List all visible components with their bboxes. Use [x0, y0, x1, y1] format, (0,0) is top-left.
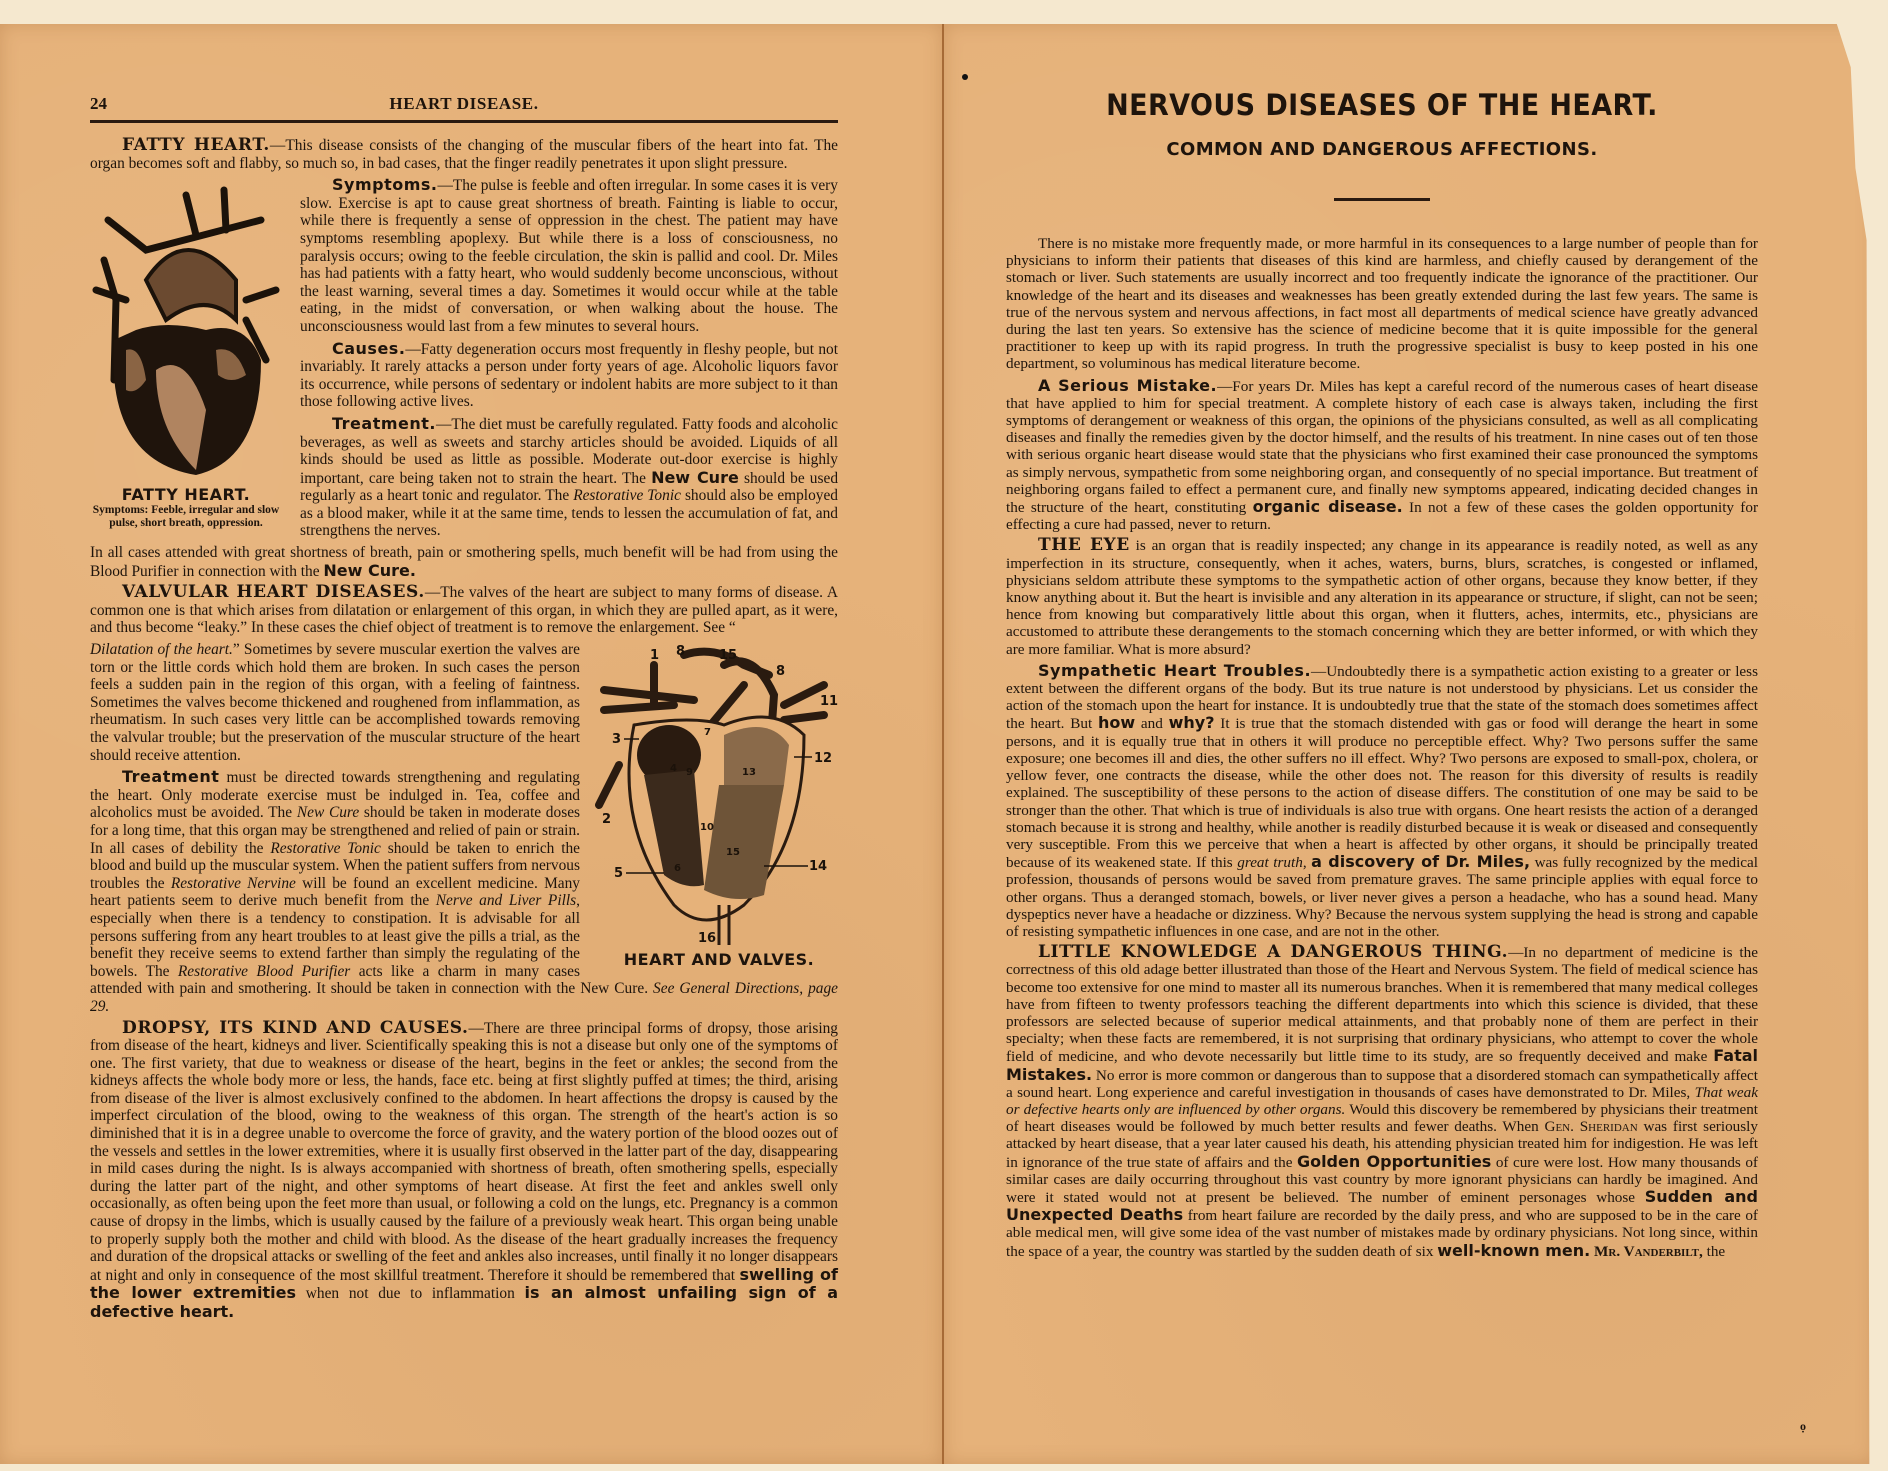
chapter-title: NERVOUS DISEASES OF THE HEART. — [1006, 88, 1758, 122]
fatty-heart-intro: FATTY HEART.—This disease consists of th… — [90, 137, 838, 172]
figure-heart-valves: 123 456 788 910 111213 141515 16 HEART A… — [594, 645, 844, 969]
svg-text:16: 16 — [698, 931, 716, 945]
svg-text:15: 15 — [719, 648, 737, 663]
little-knowledge-paragraph: LITTLE KNOWLEDGE A DANGEROUS THING.—In n… — [1006, 944, 1758, 1260]
right-page-content: NERVOUS DISEASES OF THE HEART. COMMON AN… — [1006, 84, 1758, 1264]
signature-mark: ọ — [1800, 1419, 1806, 1434]
svg-text:11: 11 — [820, 694, 838, 709]
svg-text:8: 8 — [776, 664, 785, 679]
right-page: NERVOUS DISEASES OF THE HEART. COMMON AN… — [944, 24, 1874, 1464]
section-heading-dropsy: DROPSY, ITS KIND AND CAUSES. — [122, 1018, 468, 1038]
left-page: 24 HEART DISEASE. FATTY HEART.—This dise… — [0, 24, 944, 1464]
serious-mistake-paragraph: A Serious Mistake.—For years Dr. Miles h… — [1006, 377, 1758, 534]
page-number: 24 — [90, 94, 150, 114]
running-title: HEART DISEASE. — [150, 94, 778, 114]
svg-text:9: 9 — [686, 767, 693, 778]
svg-text:8: 8 — [676, 645, 685, 659]
svg-text:1: 1 — [650, 648, 659, 663]
sympathetic-paragraph: Sympathetic Heart Troubles.—Undoubtedly … — [1006, 662, 1758, 940]
section-heading-fatty-heart: FATTY HEART. — [122, 135, 270, 155]
the-eye-paragraph: THE EYE is an organ that is readily insp… — [1006, 537, 1758, 657]
svg-text:15: 15 — [726, 847, 740, 858]
subheading-treatment: Treatment — [122, 767, 219, 786]
left-page-content: 24 HEART DISEASE. FATTY HEART.—This dise… — [90, 94, 838, 1326]
figure-subcaption: Symptoms: Feeble, irregular and slow pul… — [86, 504, 286, 529]
subheading-treatment: Treatment. — [332, 414, 436, 433]
ink-speck — [962, 74, 968, 80]
subheading-serious-mistake: A Serious Mistake. — [1038, 376, 1217, 395]
subheading-symptoms: Symptoms. — [332, 175, 438, 194]
intro-paragraph: There is no mistake more frequently made… — [1006, 235, 1758, 373]
subheading-little-knowledge: LITTLE KNOWLEDGE A DANGEROUS THING. — [1038, 942, 1508, 962]
closing-paragraph: In all cases attended with great shortne… — [90, 544, 838, 580]
heart-and-valves-diagram-icon: 123 456 788 910 111213 141515 16 — [594, 645, 844, 945]
svg-text:6: 6 — [674, 863, 681, 874]
svg-text:2: 2 — [602, 812, 611, 827]
svg-text:14: 14 — [809, 859, 827, 874]
section-heading-valvular: VALVULAR HEART DISEASES. — [122, 582, 425, 602]
figure-fatty-heart: FATTY HEART. Symptoms: Feeble, irregular… — [86, 180, 286, 529]
figure-caption: FATTY HEART. — [86, 485, 286, 504]
title-divider — [1334, 198, 1430, 201]
dropsy-paragraph: DROPSY, ITS KIND AND CAUSES.—There are t… — [90, 1020, 838, 1322]
subheading-the-eye: THE EYE — [1038, 535, 1130, 555]
svg-text:12: 12 — [814, 751, 832, 766]
svg-text:3: 3 — [612, 732, 621, 747]
subheading-causes: Causes. — [332, 339, 405, 358]
valvular-intro: VALVULAR HEART DISEASES.—The valves of t… — [90, 584, 838, 637]
figure-caption: HEART AND VALVES. — [594, 950, 844, 969]
svg-text:5: 5 — [614, 866, 623, 881]
fatty-heart-illustration-icon — [86, 180, 286, 480]
subheading-sympathetic: Sympathetic Heart Troubles. — [1038, 661, 1311, 680]
svg-text:7: 7 — [704, 727, 711, 738]
svg-text:13: 13 — [742, 767, 756, 778]
svg-text:10: 10 — [700, 822, 714, 833]
chapter-subtitle: COMMON AND DANGEROUS AFFECTIONS. — [1006, 139, 1758, 160]
running-header: 24 HEART DISEASE. — [90, 94, 838, 123]
svg-text:4: 4 — [670, 763, 677, 774]
